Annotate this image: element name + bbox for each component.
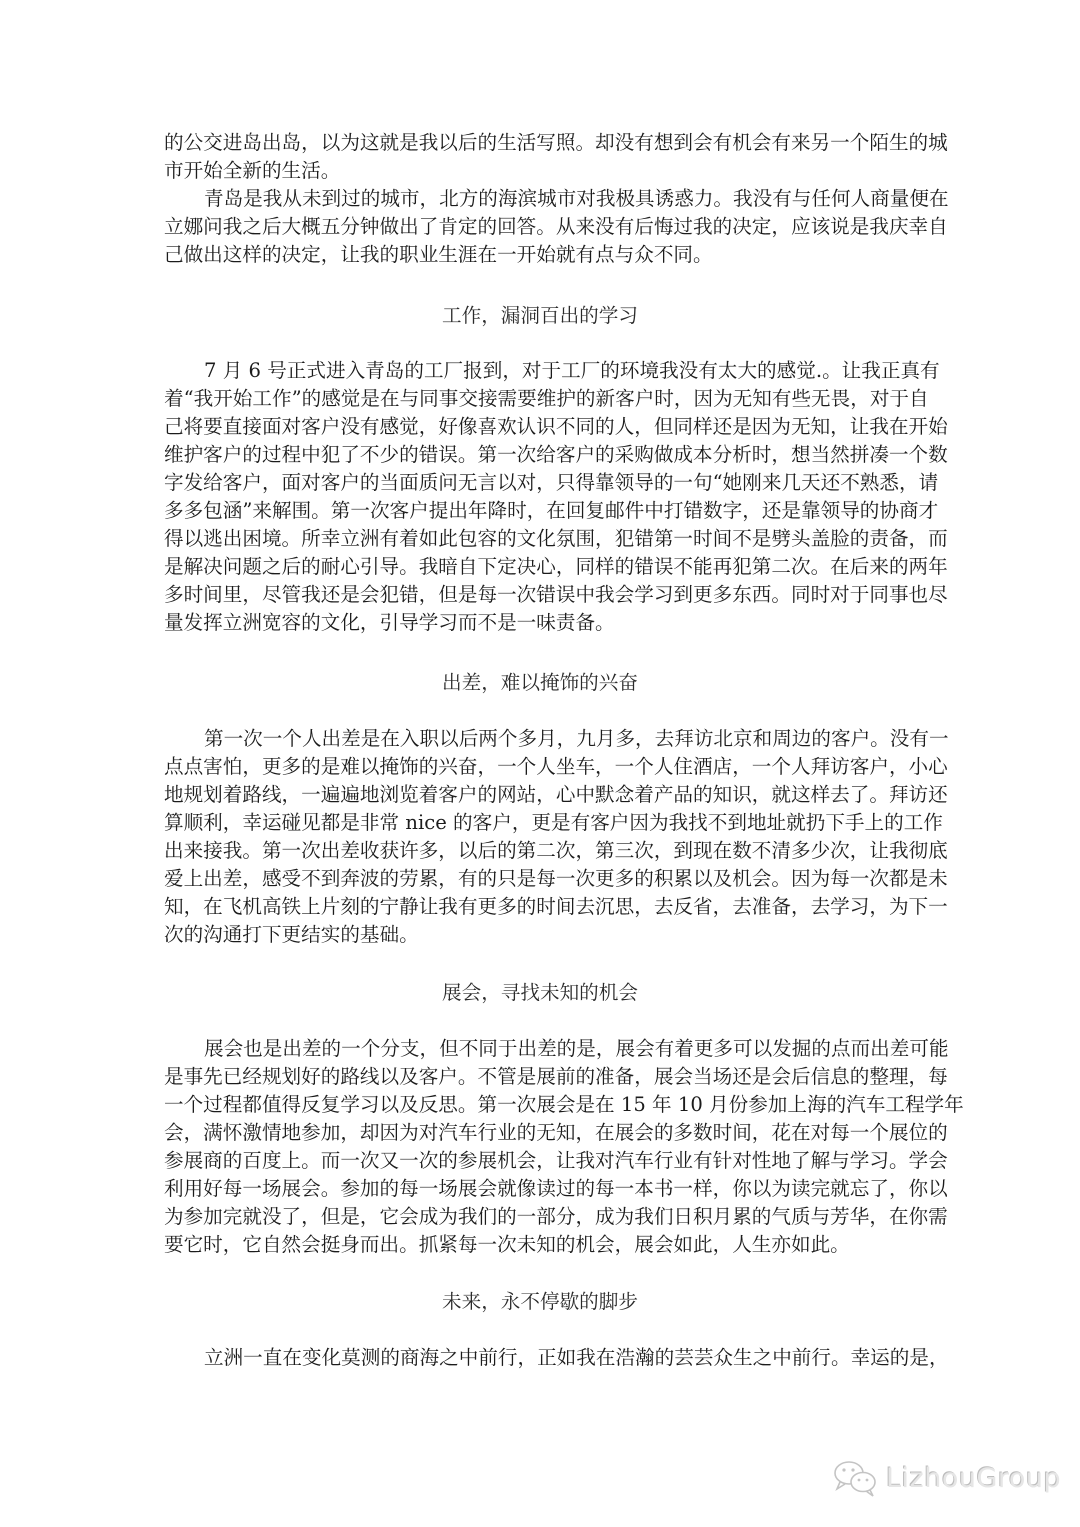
section-heading: 出差，难以掩饰的兴奋 (0, 669, 1080, 697)
text-line: 多多包涵”来解围。第一次客户提出年降时，在回复邮件中打错数字，还是靠领导的协商才 (164, 497, 920, 525)
text-line: 第一次一个人出差是在入职以后两个多月，九月多，去拜访北京和周边的客户。没有一 (164, 725, 920, 753)
section-heading: 未来，永不停歇的脚步 (0, 1288, 1080, 1316)
text-line: 爱上出差，感受不到奔波的劳累，有的只是每一次更多的积累以及机会。因为每一次都是未 (164, 865, 920, 893)
text-line: 己将要直接面对客户没有感觉，好像喜欢认识不同的人，但同样还是因为无知，让我在开始 (164, 413, 920, 441)
text-line: 算顺利，幸运碰见都是非常 nice 的客户，更是有客户因为我找不到地址就扔下手上… (164, 809, 920, 837)
text-line: 要它时，它自然会挺身而出。抓紧每一次未知的机会，展会如此，人生亦如此。 (164, 1231, 920, 1259)
text-line: 展会也是出差的一个分支，但不同于出差的是，展会有着更多可以发掘的点而出差可能 (164, 1035, 920, 1063)
text-line: 的公交进岛出岛，以为这就是我以后的生活写照。却没有想到会有机会有来另一个陌生的城 (164, 129, 920, 157)
watermark: LizhouGroup (832, 1458, 1061, 1498)
text-line: 多时间里，尽管我还是会犯错，但是每一次错误中我会学习到更多东西。同时对于同事也尽 (164, 581, 920, 609)
section-heading: 展会，寻找未知的机会 (0, 979, 1080, 1007)
text-line: 利用好每一场展会。参加的每一场展会就像读过的每一本书一样，你以为读完就忘了，你以 (164, 1175, 920, 1203)
text-line: 市开始全新的生活。 (164, 157, 920, 185)
text-line: 着“我开始工作”的感觉是在与同事交接需要维护的新客户时，因为无知有些无畏，对于自 (164, 385, 920, 413)
text-line: 维护客户的过程中犯了不少的错误。第一次给客户的采购做成本分析时，想当然拼凑一个数 (164, 441, 920, 469)
watermark-text: LizhouGroup (886, 1463, 1061, 1494)
text-line: 立洲一直在变化莫测的商海之中前行，正如我在浩瀚的芸芸众生之中前行。幸运的是， (164, 1344, 920, 1372)
text-line: 是事先已经规划好的路线以及客户。不管是展前的准备，展会当场还是会后信息的整理，每 (164, 1063, 920, 1091)
text-line: 是解决问题之后的耐心引导。我暗自下定决心，同样的错误不能再犯第二次。在后来的两年 (164, 553, 920, 581)
text-line: 得以逃出困境。所幸立洲有着如此包容的文化氛围，犯错第一时间不是劈头盖脸的责备，而 (164, 525, 920, 553)
document-page: 的公交进岛出岛，以为这就是我以后的生活写照。却没有想到会有机会有来另一个陌生的城… (0, 0, 1080, 1527)
text-line: 会，满怀激情地参加，却因为对汽车行业的无知，在展会的多数时间，花在对每一个展位的 (164, 1119, 920, 1147)
section-heading: 工作，漏洞百出的学习 (0, 302, 1080, 330)
text-line: 知，在飞机高铁上片刻的宁静让我有更多的时间去沉思，去反省，去准备，去学习，为下一 (164, 893, 920, 921)
text-line: 出来接我。第一次出差收获许多，以后的第二次，第三次，到现在数不清多少次，让我彻底 (164, 837, 920, 865)
text-line: 点点害怕，更多的是难以掩饰的兴奋，一个人坐车，一个人住酒店，一个人拜访客户，小心 (164, 753, 920, 781)
wechat-icon (832, 1458, 880, 1498)
text-line: 参展商的百度上。而一次又一次的参展机会，让我对汽车行业有针对性地了解与学习。学会 (164, 1147, 920, 1175)
text-line: 量发挥立洲宽容的文化，引导学习而不是一味责备。 (164, 609, 920, 637)
text-line: 次的沟通打下更结实的基础。 (164, 921, 920, 949)
text-line: 地规划着路线，一遍遍地浏览着客户的网站，心中默念着产品的知识，就这样去了。拜访还 (164, 781, 920, 809)
text-line: 一个过程都值得反复学习以及反思。第一次展会是在 15 年 10 月份参加上海的汽… (164, 1091, 920, 1119)
text-line: 为参加完就没了，但是，它会成为我们的一部分，成为我们日积月累的气质与芳华，在你需 (164, 1203, 920, 1231)
text-line: 立娜问我之后大概五分钟做出了肯定的回答。从来没有后悔过我的决定，应该说是我庆幸自 (164, 213, 920, 241)
text-line: 7 月 6 号正式进入青岛的工厂报到，对于工厂的环境我没有太大的感觉.。让我正真… (164, 357, 920, 385)
text-line: 己做出这样的决定，让我的职业生涯在一开始就有点与众不同。 (164, 241, 920, 269)
text-line: 青岛是我从未到过的城市，北方的海滨城市对我极具诱惑力。我没有与任何人商量便在 (164, 185, 920, 213)
text-line: 字发给客户，面对客户的当面质问无言以对，只得靠领导的一句“她刚来几天还不熟悉，请 (164, 469, 920, 497)
